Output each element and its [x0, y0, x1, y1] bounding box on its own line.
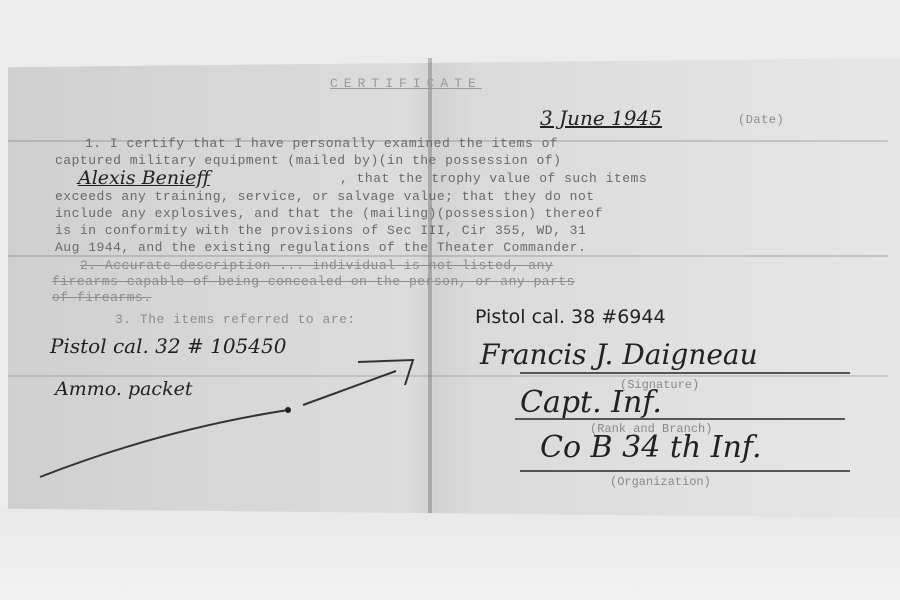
rank-line [515, 418, 845, 420]
arrow-annotation-icon [0, 0, 900, 600]
organization-line [520, 470, 850, 472]
signature: Francis J. Daigneau [480, 338, 758, 371]
organization-caption: (Organization) [610, 475, 711, 489]
organization-handwritten: Co B 34 th Inf. [540, 430, 762, 465]
signature-line [520, 372, 850, 374]
rank-handwritten: Capt. Inf. [520, 385, 662, 420]
